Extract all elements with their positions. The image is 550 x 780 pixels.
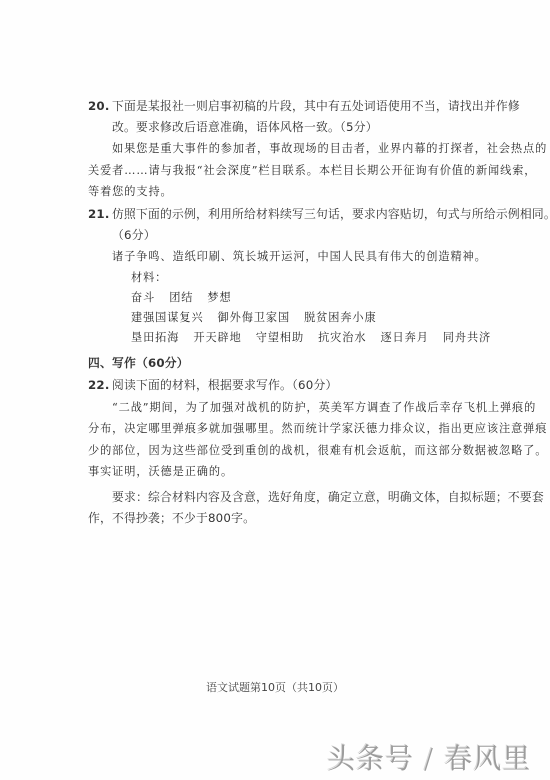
q20-prompt-line2: 改。要求修改后语意准确，语体风格一致。（5分）	[112, 119, 378, 135]
q20-number: 20.	[88, 98, 112, 114]
q21-materials-row3: 垦田拓海开天辟地守望相助抗灾治水逐日奔月同舟共济	[131, 330, 505, 346]
q21-number: 21.	[88, 206, 112, 222]
q22-number: 22.	[88, 377, 112, 393]
q21-materials-row1: 奋斗团结梦想	[131, 290, 246, 306]
q21-prompt-line2: （6分）	[112, 227, 156, 243]
section4-title: 四、写作（60分）	[88, 355, 189, 371]
q20-prompt-line1: 20.下面是某报社一则启事初稿的片段，其中有五处词语使用不当，请找出并作修	[88, 98, 520, 114]
q21-materials-label: 材料：	[131, 270, 167, 286]
q22-passage-line3: 少的部位，因为这些部位受到重创的战机，很难有机会返航，而这部分数据被忽略了。	[88, 443, 547, 459]
q21-materials-row2: 建强国谋复兴御外侮卫家国脱贫困奔小康	[131, 310, 391, 326]
page-footer: 语文试题第10页（共10页）	[0, 679, 550, 695]
watermark: 头条号 / 春风里	[327, 737, 531, 777]
q21-prompt-line1: 21.仿照下面的示例，利用所给材料续写三句话，要求内容贴切，句式与所给示例相同。	[88, 206, 550, 222]
q20-passage-line3: 等着您的支持。	[88, 184, 173, 200]
q22-passage-line1: “二战”期间，为了加强对战机的防护，英美军方调查了作战后幸存飞机上弹痕的	[112, 400, 536, 416]
q22-requirement-line2: 作，不得抄袭；不少于800字。	[88, 510, 255, 526]
q22-passage-line2: 分布，决定哪里弹痕多就加强哪里。然而统计学家沃德力排众议，指出更应该注意弹痕	[88, 421, 547, 437]
q21-example: 诸子争鸣、造纸印刷、筑长城开运河，中国人民具有伟大的创造精神。	[112, 249, 487, 265]
q20-passage-line2: 关爱者……请与我报“社会深度”栏目联系。本栏目长期公开征询有价值的新闻线索，	[88, 163, 536, 179]
q22-requirement-line1: 要求：综合材料内容及含意，选好角度，确定立意，明确文体，自拟标题；不要套	[112, 489, 544, 505]
q22-passage-line4: 事实证明，沃德是正确的。	[88, 464, 233, 480]
exam-page: 20.下面是某报社一则启事初稿的片段，其中有五处词语使用不当，请找出并作修 改。…	[0, 0, 550, 780]
q20-passage-line1: 如果您是重大事件的参加者，事故现场的目击者，业界内幕的打探者，社会热点的	[112, 141, 547, 157]
q22-prompt: 22.阅读下面的材料，根据要求写作。（60分）	[88, 377, 337, 393]
